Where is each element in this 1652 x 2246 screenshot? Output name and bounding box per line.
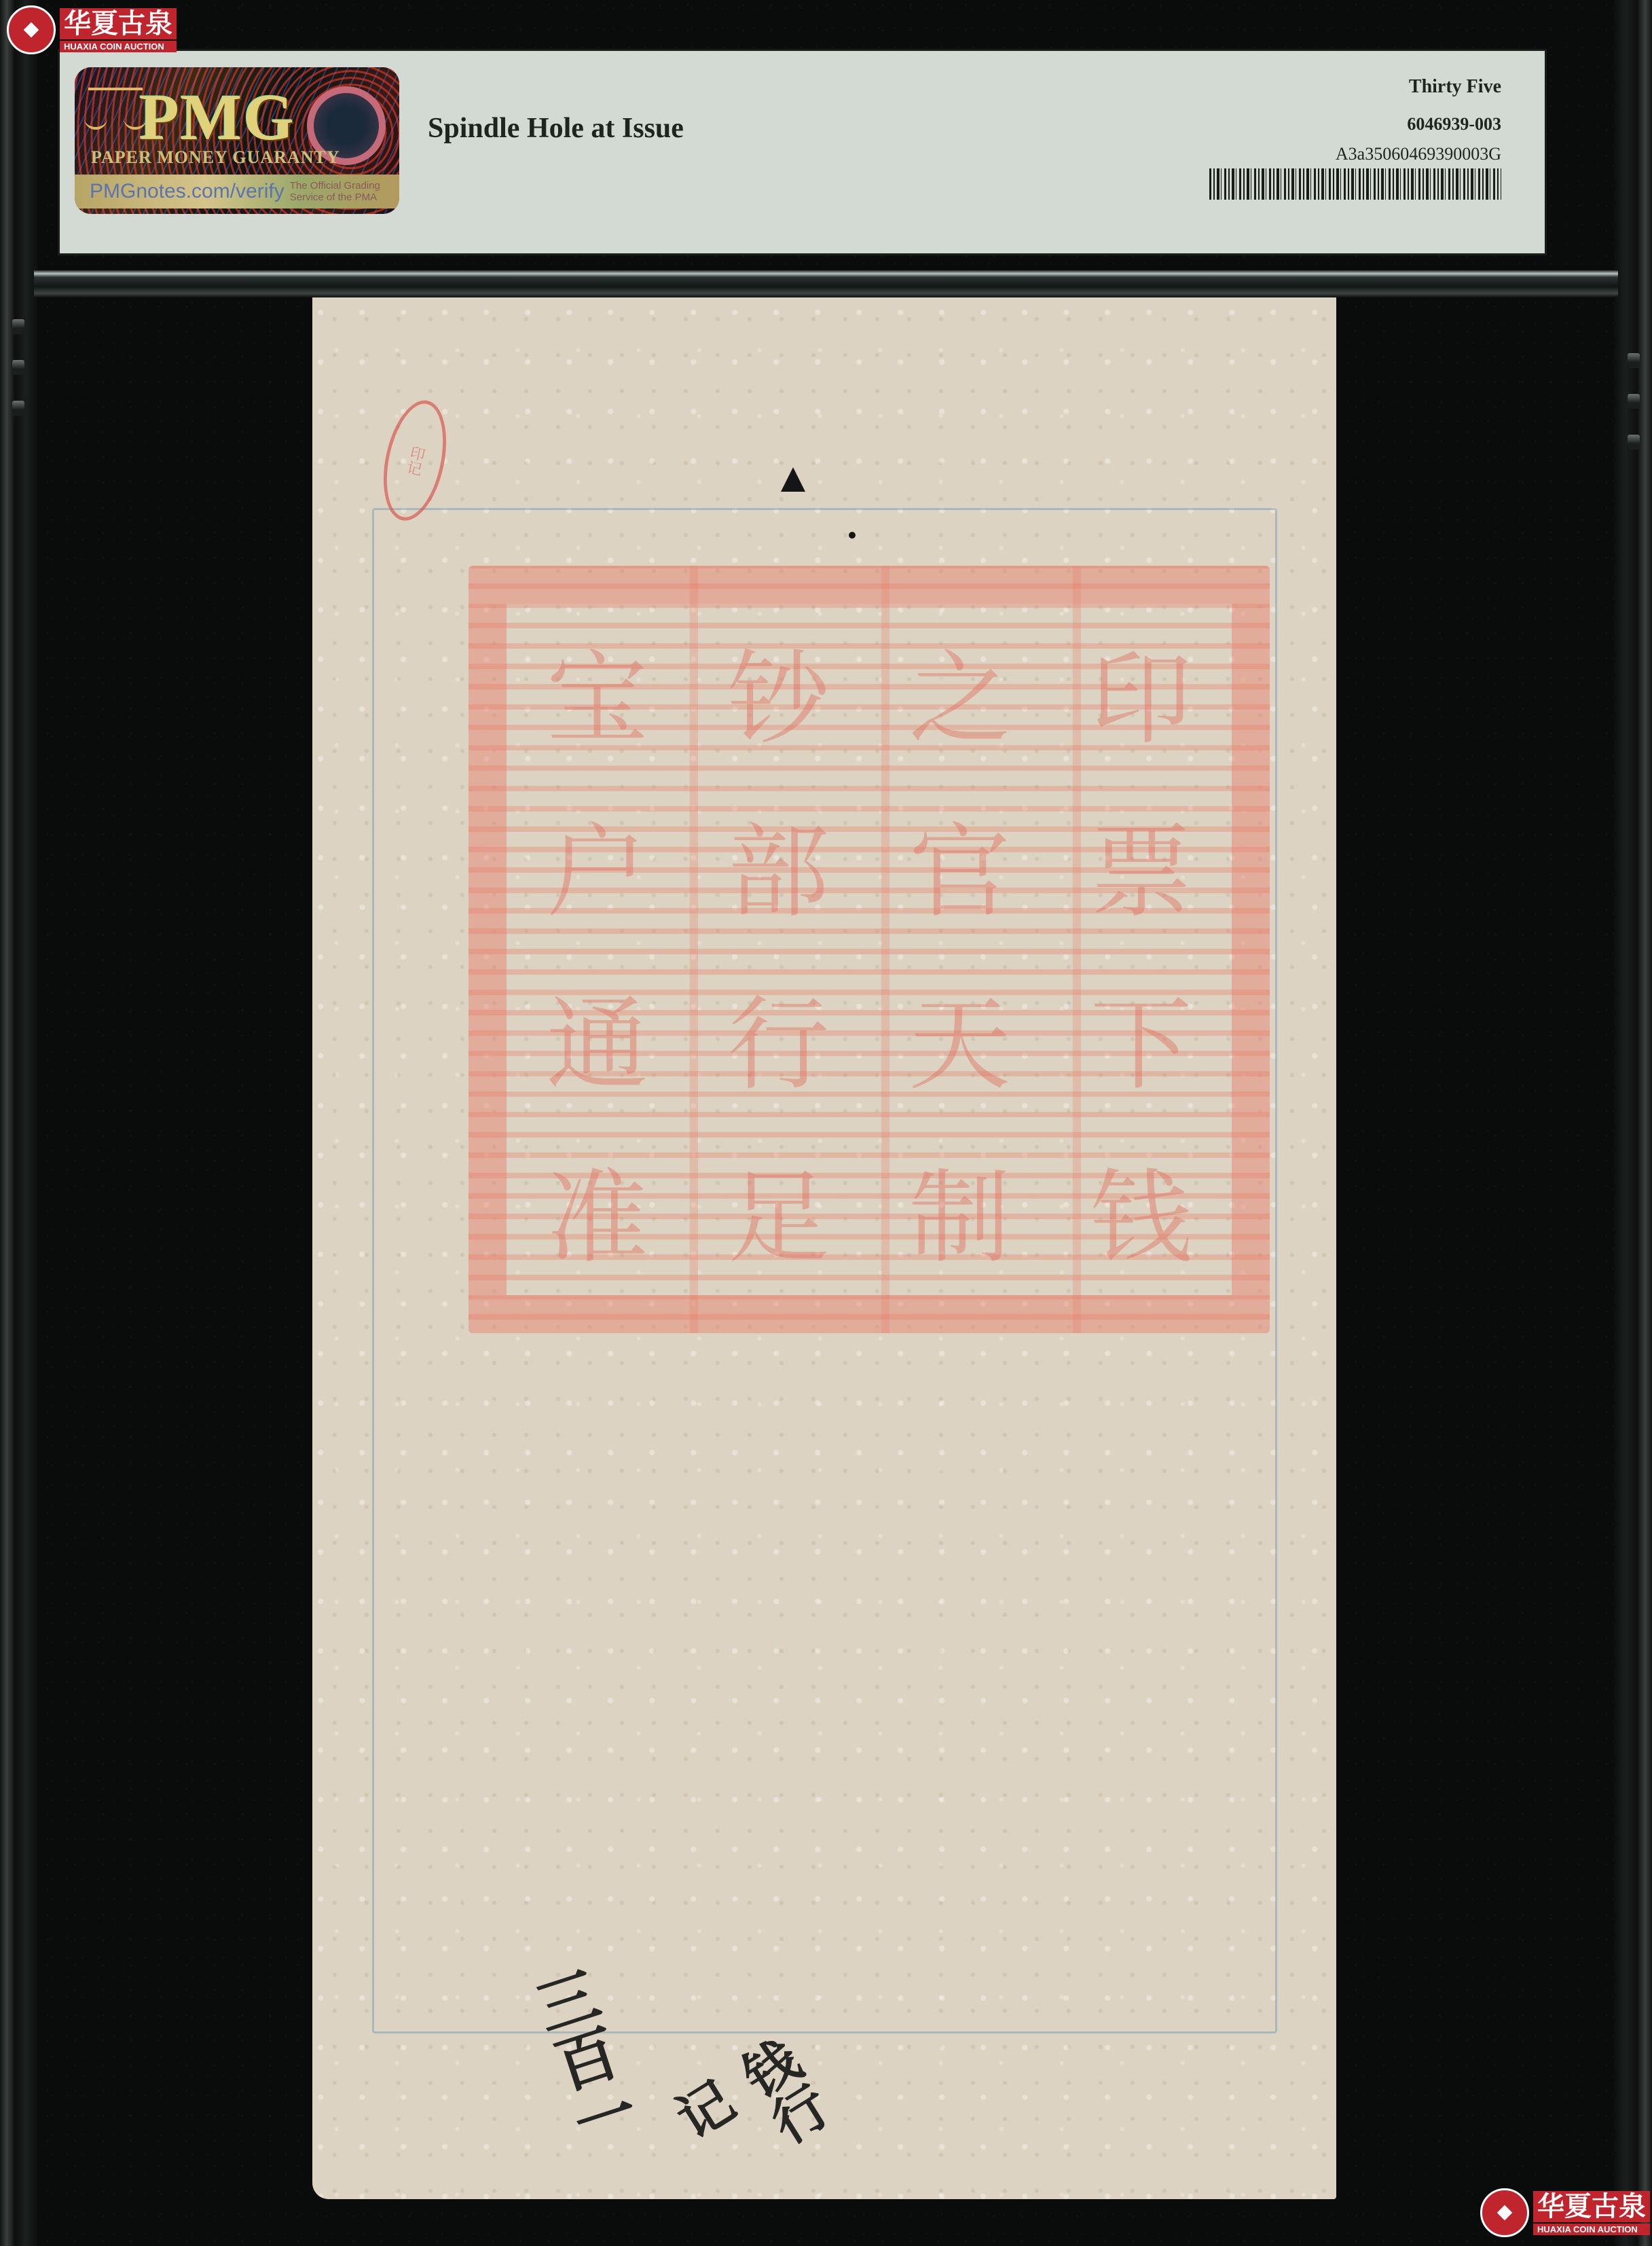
seal-characters: 宝钞之印户部官票通行天下准足制钱 [507, 604, 1232, 1295]
seal-character: 行 [688, 962, 869, 1109]
coin-dragon-icon [1480, 2188, 1529, 2237]
pmg-slab: PMG PAPER MONEY GUARANTY PMGnotes.com/ve… [0, 0, 1652, 2246]
verify-url: PMGnotes.com/verify [90, 180, 284, 203]
grading-label: PMG PAPER MONEY GUARANTY PMGnotes.com/ve… [60, 51, 1545, 253]
seal-character: 宝 [507, 617, 688, 763]
hologram-tagline: The Official Grading Service of the PMA [290, 180, 399, 203]
pmg-hologram: PMG PAPER MONEY GUARANTY PMGnotes.com/ve… [75, 67, 399, 214]
seal-character: 票 [1050, 790, 1232, 937]
coin-dragon-icon [7, 5, 56, 54]
barcode-code: A3a35060469390003G [1209, 144, 1501, 164]
scales-of-justice-icon [88, 88, 143, 151]
label-grade-block: Thirty Five 6046939-003 A3a3506046939000… [1209, 77, 1501, 200]
ink-endorsement-2: 钱行记 [653, 2026, 861, 2230]
grade-text: Thirty Five [1209, 77, 1501, 97]
seal-character: 户 [507, 790, 688, 937]
seal-character: 钱 [1050, 1136, 1232, 1282]
hologram-band: PMGnotes.com/verify The Official Grading… [75, 175, 399, 209]
corner-seal-stamp: 印记 [373, 395, 456, 526]
watermark-logo-top: 华夏古泉 HUAXIA COIN AUCTION [7, 5, 177, 54]
watermark-name-cn: 华夏古泉 [60, 8, 177, 39]
seal-character: 钞 [688, 617, 869, 763]
cert-number: 6046939-003 [1209, 114, 1501, 134]
seal-character: 下 [1050, 962, 1232, 1109]
seal-character: 印 [1050, 617, 1232, 763]
label-title: Spindle Hole at Issue [428, 112, 684, 145]
pmg-logo: PMG [139, 79, 295, 155]
watermark-logo-bottom: 华夏古泉 HUAXIA COIN AUCTION [1480, 2188, 1650, 2237]
hologram-subtitle: PAPER MONEY GUARANTY [91, 147, 340, 168]
slab-edge-right [1615, 0, 1652, 2246]
seal-character: 足 [688, 1136, 869, 1282]
seal-character: 之 [869, 617, 1050, 763]
seal-character: 通 [507, 962, 688, 1109]
slab-divider-rail [34, 270, 1618, 297]
barcode [1209, 168, 1501, 200]
seal-character: 部 [688, 790, 869, 937]
spindle-hole-small [849, 532, 856, 539]
slab-edge-left [0, 0, 37, 2246]
red-official-seal: 宝钞之印户部官票通行天下准足制钱 [469, 566, 1270, 1333]
seal-character: 准 [507, 1136, 688, 1282]
spindle-hole [781, 467, 805, 492]
watermark-name-en: HUAXIA COIN AUCTION [60, 41, 177, 52]
seal-character: 官 [869, 790, 1050, 937]
seal-character: 制 [869, 1136, 1050, 1282]
banknote: 印记 宝钞之印户部官票通行天下准足制钱 三百一 钱行记 [312, 297, 1336, 2199]
watermark-name-cn: 华夏古泉 [1533, 2191, 1650, 2222]
watermark-name-en: HUAXIA COIN AUCTION [1533, 2224, 1650, 2235]
seal-character: 天 [869, 962, 1050, 1109]
